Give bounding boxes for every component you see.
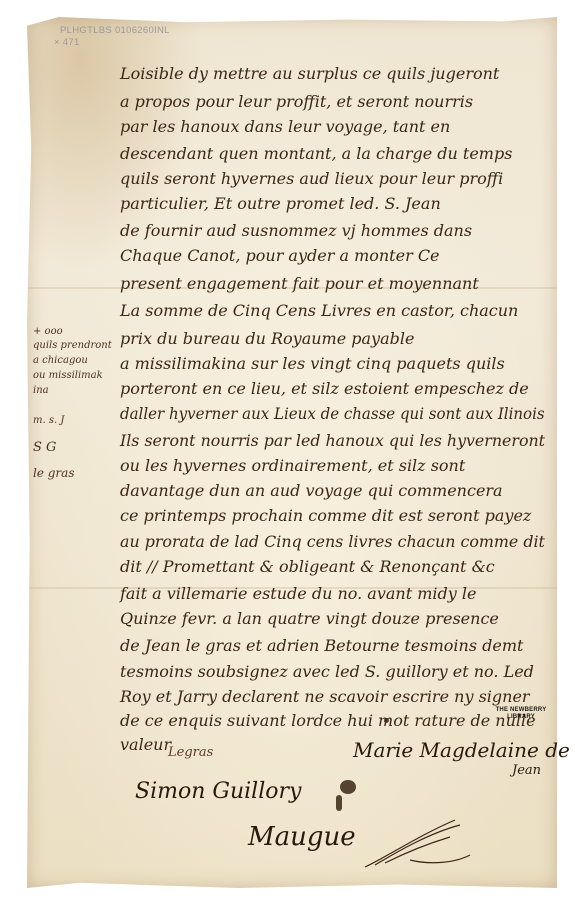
archive-id: PLHGTLBS 0106260INL <box>60 25 170 37</box>
body-line: valeur <box>120 735 171 754</box>
body-line: de fournir aud susnommez vj hommes dans <box>120 221 472 240</box>
signature-jean: Jean <box>512 763 541 778</box>
body-line: La somme de Cinq Cens Livres en castor, … <box>120 301 518 320</box>
body-line: a propos pour leur proffit, et seront no… <box>120 92 473 111</box>
body-line: de ce enquis suivant lordce hui mot ratu… <box>120 711 536 730</box>
signature-marie-magdelaine: Marie Magdelaine de S. <box>353 738 575 762</box>
body-line: tesmoins soubsignez avec led S. guillory… <box>120 662 534 681</box>
margin-note: a chicagou <box>33 355 88 366</box>
body-line: present engagement fait pour et moyennan… <box>120 274 479 293</box>
body-line: au prorata de lad Cinq cens livres chacu… <box>120 532 545 551</box>
margin-note: m. s. J <box>33 415 64 426</box>
archive-number: × 471 <box>54 37 170 49</box>
body-line: davantage dun an aud voyage qui commence… <box>120 481 503 500</box>
body-line: dit // Promettant & obligeant & Renonçan… <box>120 557 495 576</box>
body-line: Chaque Canot, pour ayder a monter Ce <box>120 246 440 265</box>
ink-blot <box>340 780 356 794</box>
margin-note: ou missilimak <box>33 370 103 381</box>
body-line: Loisible dy mettre au surplus ce quils j… <box>120 64 499 83</box>
margin-note: quils prendront <box>33 340 112 351</box>
body-line: ce printemps prochain comme dit est sero… <box>120 506 531 525</box>
body-line: descendant quen montant, a la charge du … <box>120 144 512 163</box>
body-line: de Jean le gras et adrien Betourne tesmo… <box>120 636 523 655</box>
body-line: quils seront hyvernes aud lieux pour leu… <box>120 169 503 188</box>
body-line: prix du bureau du Royaume payable <box>120 329 414 348</box>
body-line: Quinze fevr. a lan quatre vingt douze pr… <box>120 609 499 628</box>
margin-note: + ooo <box>33 326 63 337</box>
library-stamp: THE NEWBERRY LIBRARY <box>492 707 550 721</box>
body-line: par les hanoux dans leur voyage, tant en <box>120 117 450 136</box>
body-line: porteront en ce lieu, et silz estoient e… <box>120 379 529 398</box>
body-line: fait a villemarie estude du no. avant mi… <box>120 584 476 603</box>
margin-note: le gras <box>33 466 74 480</box>
body-line: daller hyverner aux Lieux de chasse qui … <box>120 404 545 423</box>
stamp-line: LIBRARY <box>492 714 550 721</box>
archive-mark: PLHGTLBS 0106260INL × 471 <box>60 25 170 49</box>
paraph-flourish-icon <box>360 815 480 875</box>
signature-simon-guillory: Simon Guillory <box>135 779 301 804</box>
margin-note: S G <box>33 440 56 455</box>
ink-blot <box>384 718 389 723</box>
body-line: ou les hyvernes ordinairement, et silz s… <box>120 456 465 475</box>
signature-notary-maugue: Maugue <box>248 822 356 852</box>
stamp-line: THE NEWBERRY <box>492 707 550 714</box>
margin-note: ina <box>33 385 49 396</box>
ink-blot <box>336 795 342 811</box>
body-line: a missilimakina sur les vingt cinq paque… <box>120 354 505 373</box>
signature-legras: Legras <box>168 745 213 760</box>
body-line: particulier, Et outre promet led. S. Jea… <box>120 194 441 213</box>
body-line: Ils seront nourris par led hanoux qui le… <box>120 431 545 450</box>
body-line: Roy et Jarry declarent ne scavoir escrir… <box>120 687 530 706</box>
